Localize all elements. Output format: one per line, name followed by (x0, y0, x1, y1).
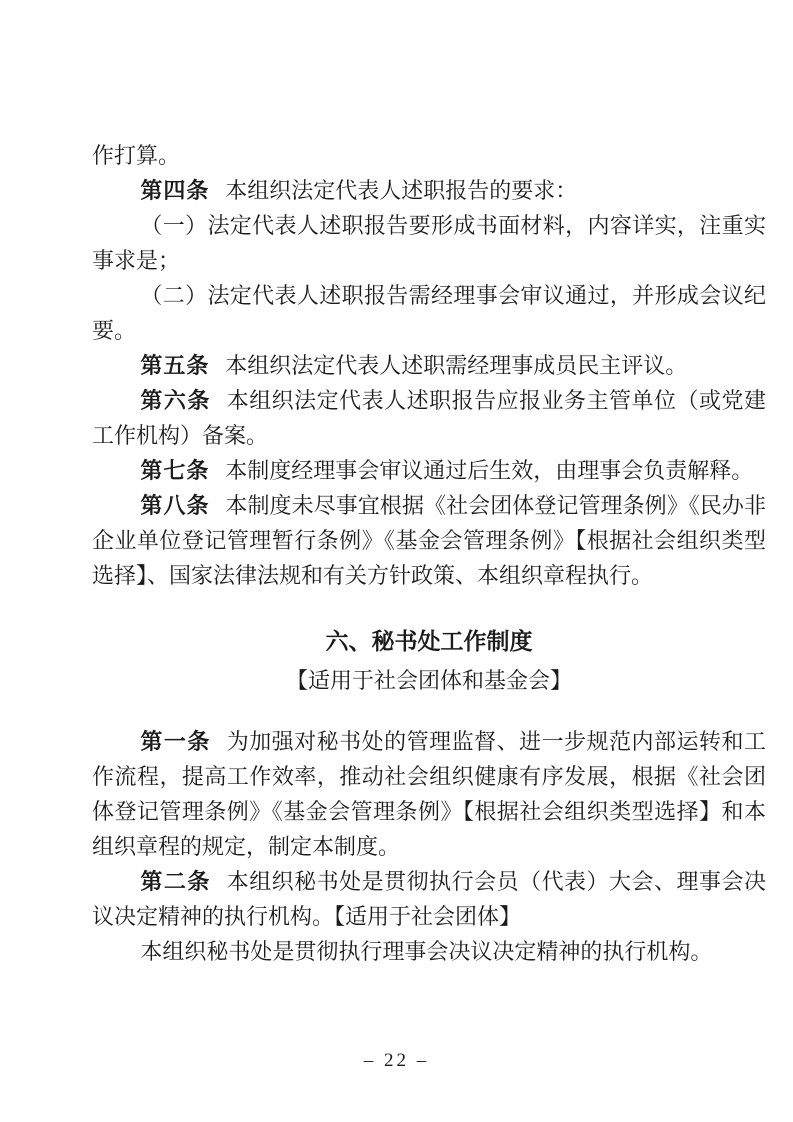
page-number-footer: – 22 – (0, 1050, 793, 1072)
document-page: 作打算。 第四条本组织法定代表人述职报告的要求： （一）法定代表人述职报告要形成… (0, 0, 793, 1122)
section-subtitle: 【适用于社会团体和基金会】 (92, 661, 766, 701)
article-text: 本组织法定代表人述职需经理事成员民主评议。 (225, 353, 687, 378)
article-number-label: 第二条 (140, 869, 210, 894)
paragraph-article-1: 第一条为加强对秘书处的管理监督、进一步规范内部运转和工作流程，提高工作效率，推动… (92, 724, 766, 864)
paragraph-article-7: 第七条本制度经理事会审议通过后生效，由理事会负责解释。 (92, 453, 766, 488)
section-heading: 六、秘书处工作制度 (92, 621, 766, 661)
paragraph-item-1: （一）法定代表人述职报告要形成书面材料，内容详实，注重实事求是； (92, 208, 766, 278)
paragraph-article-6: 第六条本组织法定代表人述职报告应报业务主管单位（或党建工作机构）备案。 (92, 383, 766, 453)
paragraph-article-5: 第五条本组织法定代表人述职需经理事成员民主评议。 (92, 348, 766, 383)
paragraph-item-2: （二）法定代表人述职报告需经理事会审议通过，并形成会议纪要。 (92, 278, 766, 348)
document-content: 作打算。 第四条本组织法定代表人述职报告的要求： （一）法定代表人述职报告要形成… (92, 138, 766, 969)
paragraph-article-8: 第八条本制度未尽事宜根据《社会团体登记管理条例》《民办非企业单位登记管理暂行条例… (92, 488, 766, 593)
paragraph-plain: 本组织秘书处是贯彻执行理事会决议决定精神的执行机构。 (92, 934, 766, 969)
paragraph-article-2: 第二条本组织秘书处是贯彻执行会员（代表）大会、理事会决议决定精神的执行机构。【适… (92, 864, 766, 934)
article-number-label: 第七条 (140, 458, 209, 483)
article-number-label: 第八条 (140, 493, 209, 518)
article-number-label: 第一条 (140, 729, 210, 754)
article-number-label: 第五条 (140, 353, 209, 378)
paragraph-article-4: 第四条本组织法定代表人述职报告的要求： (92, 173, 766, 208)
article-text: 本制度经理事会审议通过后生效，由理事会负责解释。 (225, 458, 753, 483)
article-text: 本组织法定代表人述职报告的要求： (225, 178, 577, 203)
article-number-label: 第六条 (140, 388, 210, 413)
article-number-label: 第四条 (140, 178, 209, 203)
paragraph-continuation: 作打算。 (92, 138, 766, 173)
